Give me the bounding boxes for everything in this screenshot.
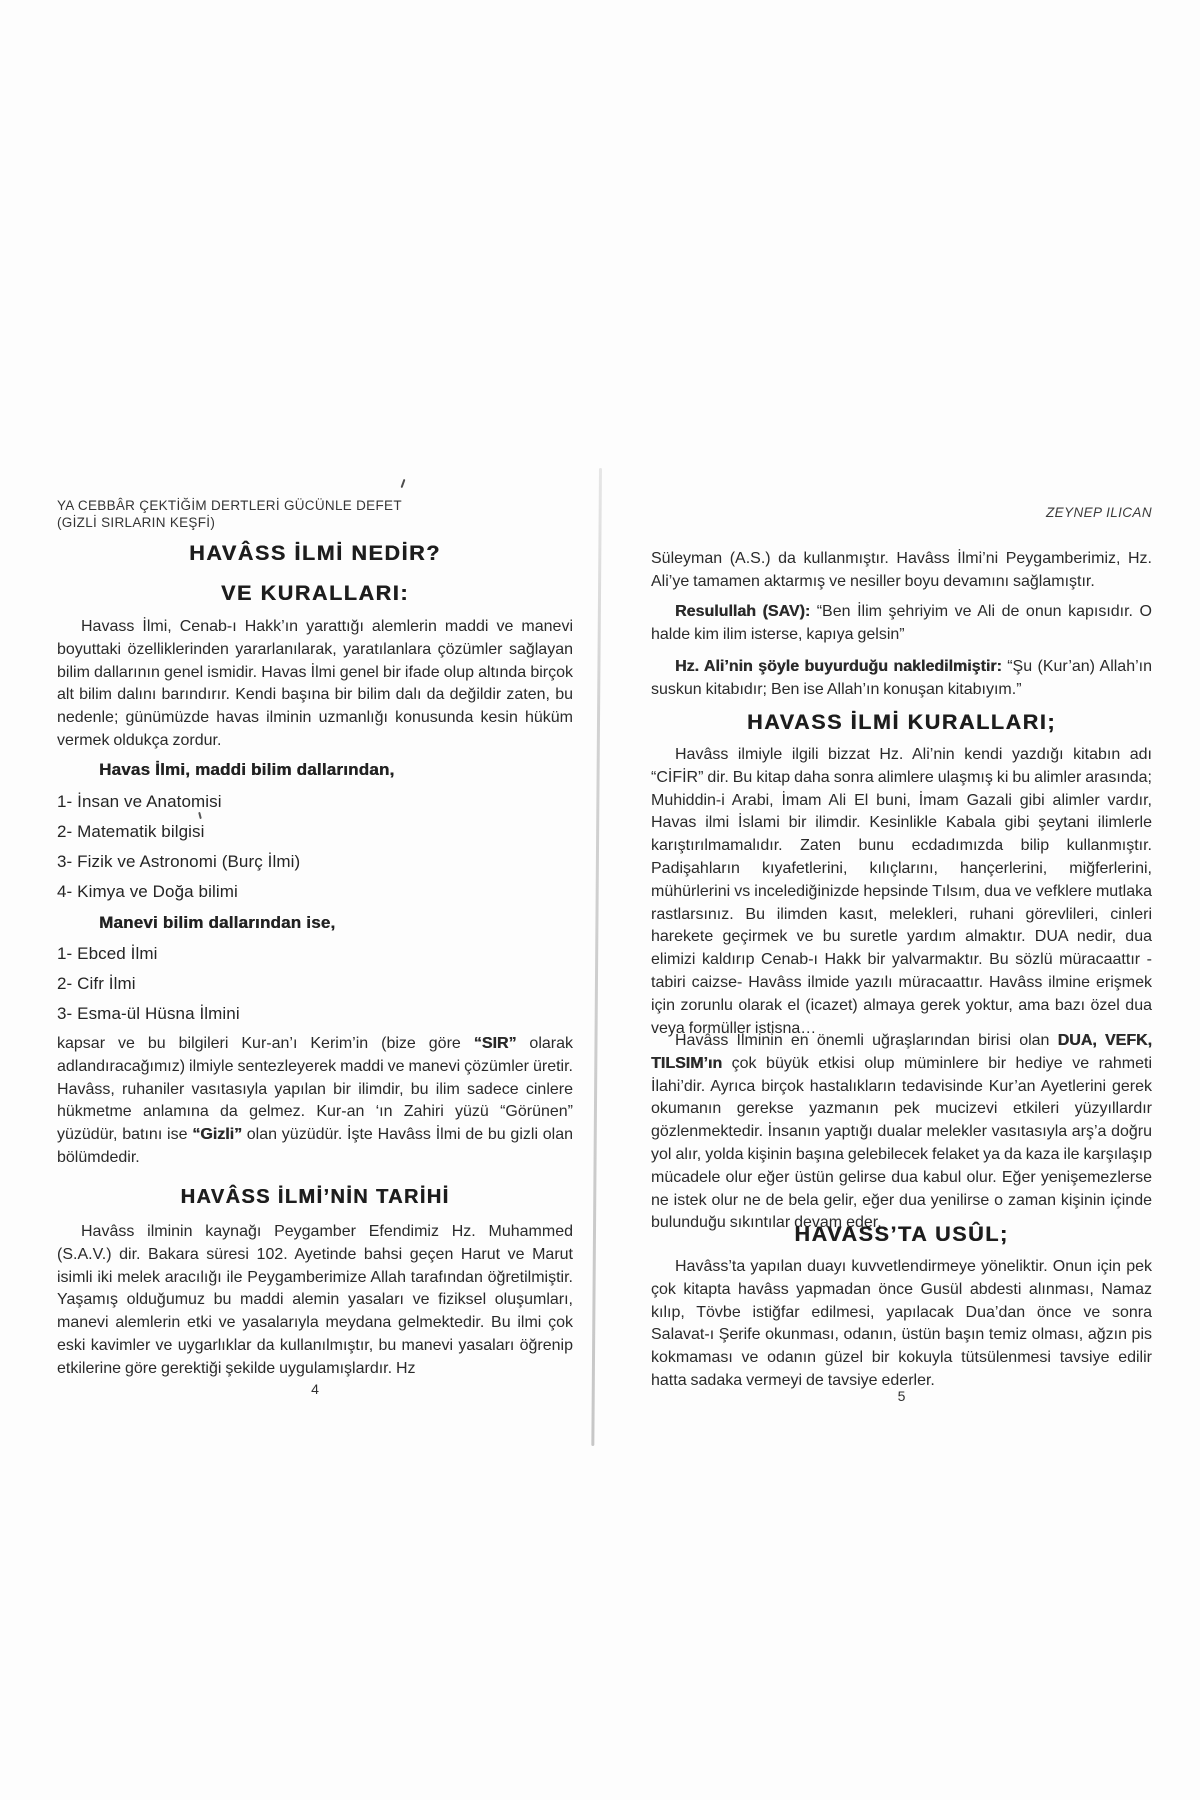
list-item-manevi-1: 1- Ebced İlmi [57, 944, 573, 964]
running-header-line1: YA CEBBÂR ÇEKTİĞİM DERTLERİ GÜCÜNLE DEFE… [57, 497, 573, 514]
emphasis-sir: “SIR” [474, 1035, 517, 1052]
page-title-line2: VE KURALLARI: [57, 581, 573, 606]
scan-artifact [198, 812, 202, 819]
list-intro-manevi: Manevi bilim dallarından ise, [57, 913, 615, 933]
section-heading-history: HAVÂSS İLMİ’NİN TARİHİ [57, 1186, 573, 1209]
paragraph-suleyman: Süleyman (A.S.) da kullanmıştır. Havâss … [651, 548, 1152, 594]
list-item-maddi-2: 2- Matematik bilgisi [57, 822, 573, 842]
running-header-left: YA CEBBÂR ÇEKTİĞİM DERTLERİ GÜCÜNLE DEFE… [57, 497, 573, 531]
emphasis-gizli: “Gizli” [192, 1126, 242, 1143]
list-item-maddi-1: 1- İnsan ve Anatomisi [57, 792, 573, 812]
scanned-book-spread: YA CEBBÂR ÇEKTİĞİM DERTLERİ GÜCÜNLE DEFE… [0, 0, 1200, 1800]
list-item-maddi-4: 4- Kimya ve Doğa bilimi [57, 882, 573, 902]
paragraph-dua-vefk-tilsim: Havâss İlminin en önemli uğraşlarından b… [651, 1030, 1152, 1235]
book-spine-shadow [591, 468, 602, 1446]
running-header-line2: (GİZLİ SIRLARIN KEŞFİ) [57, 514, 573, 531]
hadith-lead-resulullah: Resulullah (SAV): [675, 603, 810, 620]
page-title-line1: HAVÂSS İLMİ NEDİR? [57, 541, 573, 566]
paragraph-hadith-resulullah: Resulullah (SAV): “Ben İlim şehriyim ve … [651, 601, 1152, 647]
section-heading-usul: HAVASS’TA USÛL; [651, 1222, 1152, 1247]
running-header-right: ZEYNEP ILICAN [651, 505, 1152, 520]
list-intro-maddi: Havas İlmi, maddi bilim dallarından, [57, 760, 615, 780]
paragraph-history: Havâss ilminin kaynağı Peygamber Efendim… [57, 1221, 573, 1381]
paragraph-rules: Havâss ilmiyle ilgili bizzat Hz. Ali’nin… [651, 744, 1152, 1040]
hadith-lead-ali: Hz. Ali’nin şöyle buyurduğu nakledilmişt… [675, 658, 1002, 675]
paragraph-usul: Havâss’ta yapılan duayı kuvvetlendirmeye… [651, 1256, 1152, 1393]
list-item-maddi-3: 3- Fizik ve Astronomi (Burç İlmi) [57, 852, 573, 872]
paragraph-text: kapsar ve bu bilgileri Kur-an’ı Kerim’in… [57, 1035, 474, 1052]
page-number-left: 4 [57, 1381, 573, 1397]
paragraph-hadith-ali: Hz. Ali’nin şöyle buyurduğu nakledilmişt… [651, 656, 1152, 702]
paragraph-text: Havâss İlminin en önemli uğraşlarından b… [675, 1032, 1058, 1049]
paragraph-havass-definition: Havass İlmi, Cenab-ı Hakk’ın yarattığı a… [57, 616, 573, 753]
paragraph-sir-gizli: kapsar ve bu bilgileri Kur-an’ı Kerim’in… [57, 1033, 573, 1170]
scan-artifact [401, 479, 406, 488]
page-number-right: 5 [651, 1388, 1152, 1404]
paragraph-text: çok büyük etkisi olup müminlere bir hedi… [651, 1055, 1152, 1232]
section-heading-rules: HAVASS İLMİ KURALLARI; [651, 710, 1152, 735]
list-item-manevi-3: 3- Esma-ül Hüsna İlmini [57, 1004, 573, 1024]
list-item-manevi-2: 2- Cifr İlmi [57, 974, 573, 994]
